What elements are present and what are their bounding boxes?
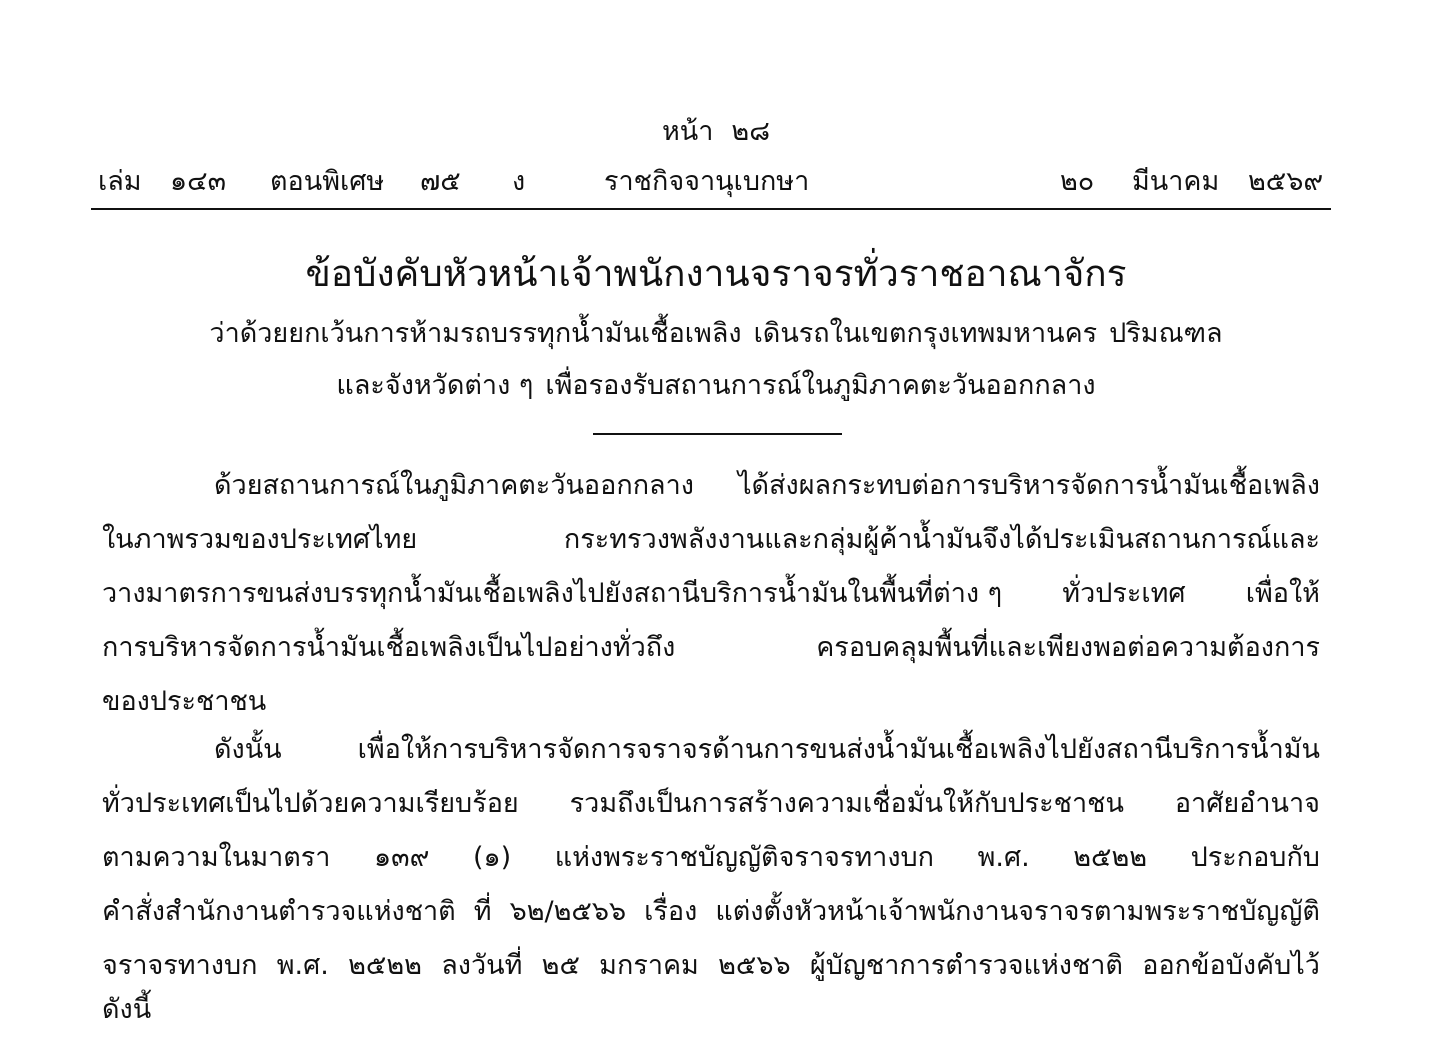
subtitle-segment: และจังหวัดต่าง ๆ bbox=[336, 370, 533, 401]
word-group: แต่งตั้งหัวหน้าเจ้าพนักงานจราจรตามพระราช… bbox=[715, 892, 1320, 932]
section-letter: ง bbox=[512, 162, 525, 202]
word-group: ๒๕๒๒ bbox=[348, 946, 422, 986]
word-group: พ.ศ. bbox=[277, 946, 329, 986]
word-group: ๖๒/๒๕๖๖ bbox=[510, 892, 627, 932]
header-divider bbox=[91, 208, 1331, 210]
page-number-label: หน้า bbox=[662, 116, 713, 147]
section-number: ๗๕ bbox=[420, 162, 461, 202]
word-group: จราจรทางบก bbox=[102, 946, 257, 986]
section-label: ตอนพิเศษ bbox=[270, 162, 384, 202]
word-group: กระทรวงพลังงานและกลุ่มผู้ค้าน้ำมันจึงได้… bbox=[564, 520, 1320, 560]
paragraph-line: วางมาตรการขนส่งบรรทุกน้ำมันเชื้อเพลิงไปย… bbox=[102, 574, 1320, 614]
date-day: ๒๐ bbox=[1060, 162, 1094, 202]
word-group: ๒๕๒๒ bbox=[1073, 838, 1147, 878]
title-divider bbox=[593, 433, 842, 435]
word-group: ดังนั้น bbox=[214, 730, 282, 770]
volume-number: ๑๔๓ bbox=[170, 162, 226, 202]
page-number-value: ๒๘ bbox=[731, 116, 770, 147]
word-group: ได้ส่งผลกระทบต่อการบริหารจัดการน้ำมันเชื… bbox=[738, 466, 1320, 506]
word-group: ที่ bbox=[474, 892, 492, 932]
paragraph-line: ทั่วประเทศเป็นไปด้วยความเรียบร้อย รวมถึง… bbox=[102, 784, 1320, 824]
word-group: ๒๕ bbox=[542, 946, 580, 986]
word-group: ทั่วประเทศเป็นไปด้วยความเรียบร้อย bbox=[102, 784, 519, 824]
paragraph-line: การบริหารจัดการน้ำมันเชื้อเพลิงเป็นไปอย่… bbox=[102, 628, 1320, 668]
word-group: (๑) bbox=[473, 838, 511, 878]
paragraph-line: ด้วยสถานการณ์ในภูมิภาคตะวันออกกลาง ได้ส่… bbox=[214, 466, 1320, 506]
word-group: คำสั่งสำนักงานตำรวจแห่งชาติ bbox=[102, 892, 456, 932]
document-subtitle-line-1: ว่าด้วยยกเว้นการห้ามรถบรรทุกน้ำมันเชื้อเ… bbox=[0, 314, 1432, 354]
word-group: วางมาตรการขนส่งบรรทุกน้ำมันเชื้อเพลิงไปย… bbox=[102, 574, 1002, 614]
volume-label: เล่ม bbox=[98, 162, 142, 202]
word-group: ๒๕๖๖ bbox=[718, 946, 791, 986]
word-group: การบริหารจัดการน้ำมันเชื้อเพลิงเป็นไปอย่… bbox=[102, 628, 675, 668]
gazette-name: ราชกิจจานุเบกษา bbox=[604, 162, 809, 202]
word-group: ประกอบกับ bbox=[1191, 838, 1320, 878]
word-group: เรื่อง bbox=[644, 892, 697, 932]
word-group: ในภาพรวมของประเทศไทย bbox=[102, 520, 417, 560]
paragraph-line: จราจรทางบก พ.ศ. ๒๕๒๒ ลงวันที่ ๒๕ มกราคม … bbox=[102, 946, 1320, 986]
word-group: ผู้บัญชาการตำรวจแห่งชาติ bbox=[810, 946, 1123, 986]
word-group: ลงวันที่ bbox=[441, 946, 522, 986]
paragraph-line: ดังนี้ bbox=[102, 990, 1320, 1030]
paragraph-line: คำสั่งสำนักงานตำรวจแห่งชาติ ที่ ๖๒/๒๕๖๖ … bbox=[102, 892, 1320, 932]
paragraph-line: ในภาพรวมของประเทศไทย กระทรวงพลังงานและกล… bbox=[102, 520, 1320, 560]
word-group: ดังนี้ bbox=[102, 990, 151, 1030]
word-group: ๑๓๙ bbox=[374, 838, 429, 878]
document-subtitle-line-2: และจังหวัดต่าง ๆเพื่อรองรับสถานการณ์ในภู… bbox=[0, 366, 1432, 406]
paragraph-line: ดังนั้น เพื่อให้การบริหารจัดการจราจรด้าน… bbox=[214, 730, 1320, 770]
date-year: ๒๕๖๙ bbox=[1248, 162, 1323, 202]
subtitle-segment: ปริมณฑล bbox=[1109, 318, 1222, 349]
word-group: ด้วยสถานการณ์ในภูมิภาคตะวันออกกลาง bbox=[214, 466, 694, 506]
subtitle-segment: เดินรถในเขตกรุงเทพมหานคร bbox=[754, 318, 1098, 349]
subtitle-segment: เพื่อรองรับสถานการณ์ในภูมิภาคตะวันออกกลา… bbox=[545, 370, 1095, 401]
gazette-header: เล่ม ๑๔๓ ตอนพิเศษ ๗๕ ง ราชกิจจานุเบกษา ๒… bbox=[98, 162, 1332, 202]
word-group: เพื่อให้ bbox=[1246, 574, 1320, 614]
word-group: เพื่อให้การบริหารจัดการจราจรด้านการขนส่ง… bbox=[358, 730, 1320, 770]
word-group: ออกข้อบังคับไว้ bbox=[1142, 946, 1320, 986]
word-group: แห่งพระราชบัญญัติจราจรทางบก bbox=[555, 838, 934, 878]
word-group: พ.ศ. bbox=[978, 838, 1030, 878]
word-group: มกราคม bbox=[599, 946, 699, 986]
word-group: อาศัยอำนาจ bbox=[1175, 784, 1320, 824]
document-title: ข้อบังคับหัวหน้าเจ้าพนักงานจราจรทั่วราชอ… bbox=[0, 248, 1432, 300]
subtitle-segment: ว่าด้วยยกเว้นการห้ามรถบรรทุกน้ำมันเชื้อเ… bbox=[209, 318, 741, 349]
date-month: มีนาคม bbox=[1132, 162, 1219, 202]
word-group: ของประชาชน bbox=[102, 682, 266, 722]
word-group: รวมถึงเป็นการสร้างความเชื่อมั่นให้กับประ… bbox=[570, 784, 1124, 824]
page-number: หน้า๒๘ bbox=[0, 112, 1432, 152]
gazette-page: หน้า๒๘ เล่ม ๑๔๓ ตอนพิเศษ ๗๕ ง ราชกิจจานุ… bbox=[0, 0, 1432, 1044]
word-group: ตามความในมาตรา bbox=[102, 838, 330, 878]
paragraph-line: ของประชาชน bbox=[102, 682, 1320, 722]
word-group: ทั่วประเทศ bbox=[1062, 574, 1185, 614]
word-group: ครอบคลุมพื้นที่และเพียงพอต่อความต้องการ bbox=[816, 628, 1320, 668]
paragraph-line: ตามความในมาตรา ๑๓๙ (๑) แห่งพระราชบัญญัติ… bbox=[102, 838, 1320, 878]
